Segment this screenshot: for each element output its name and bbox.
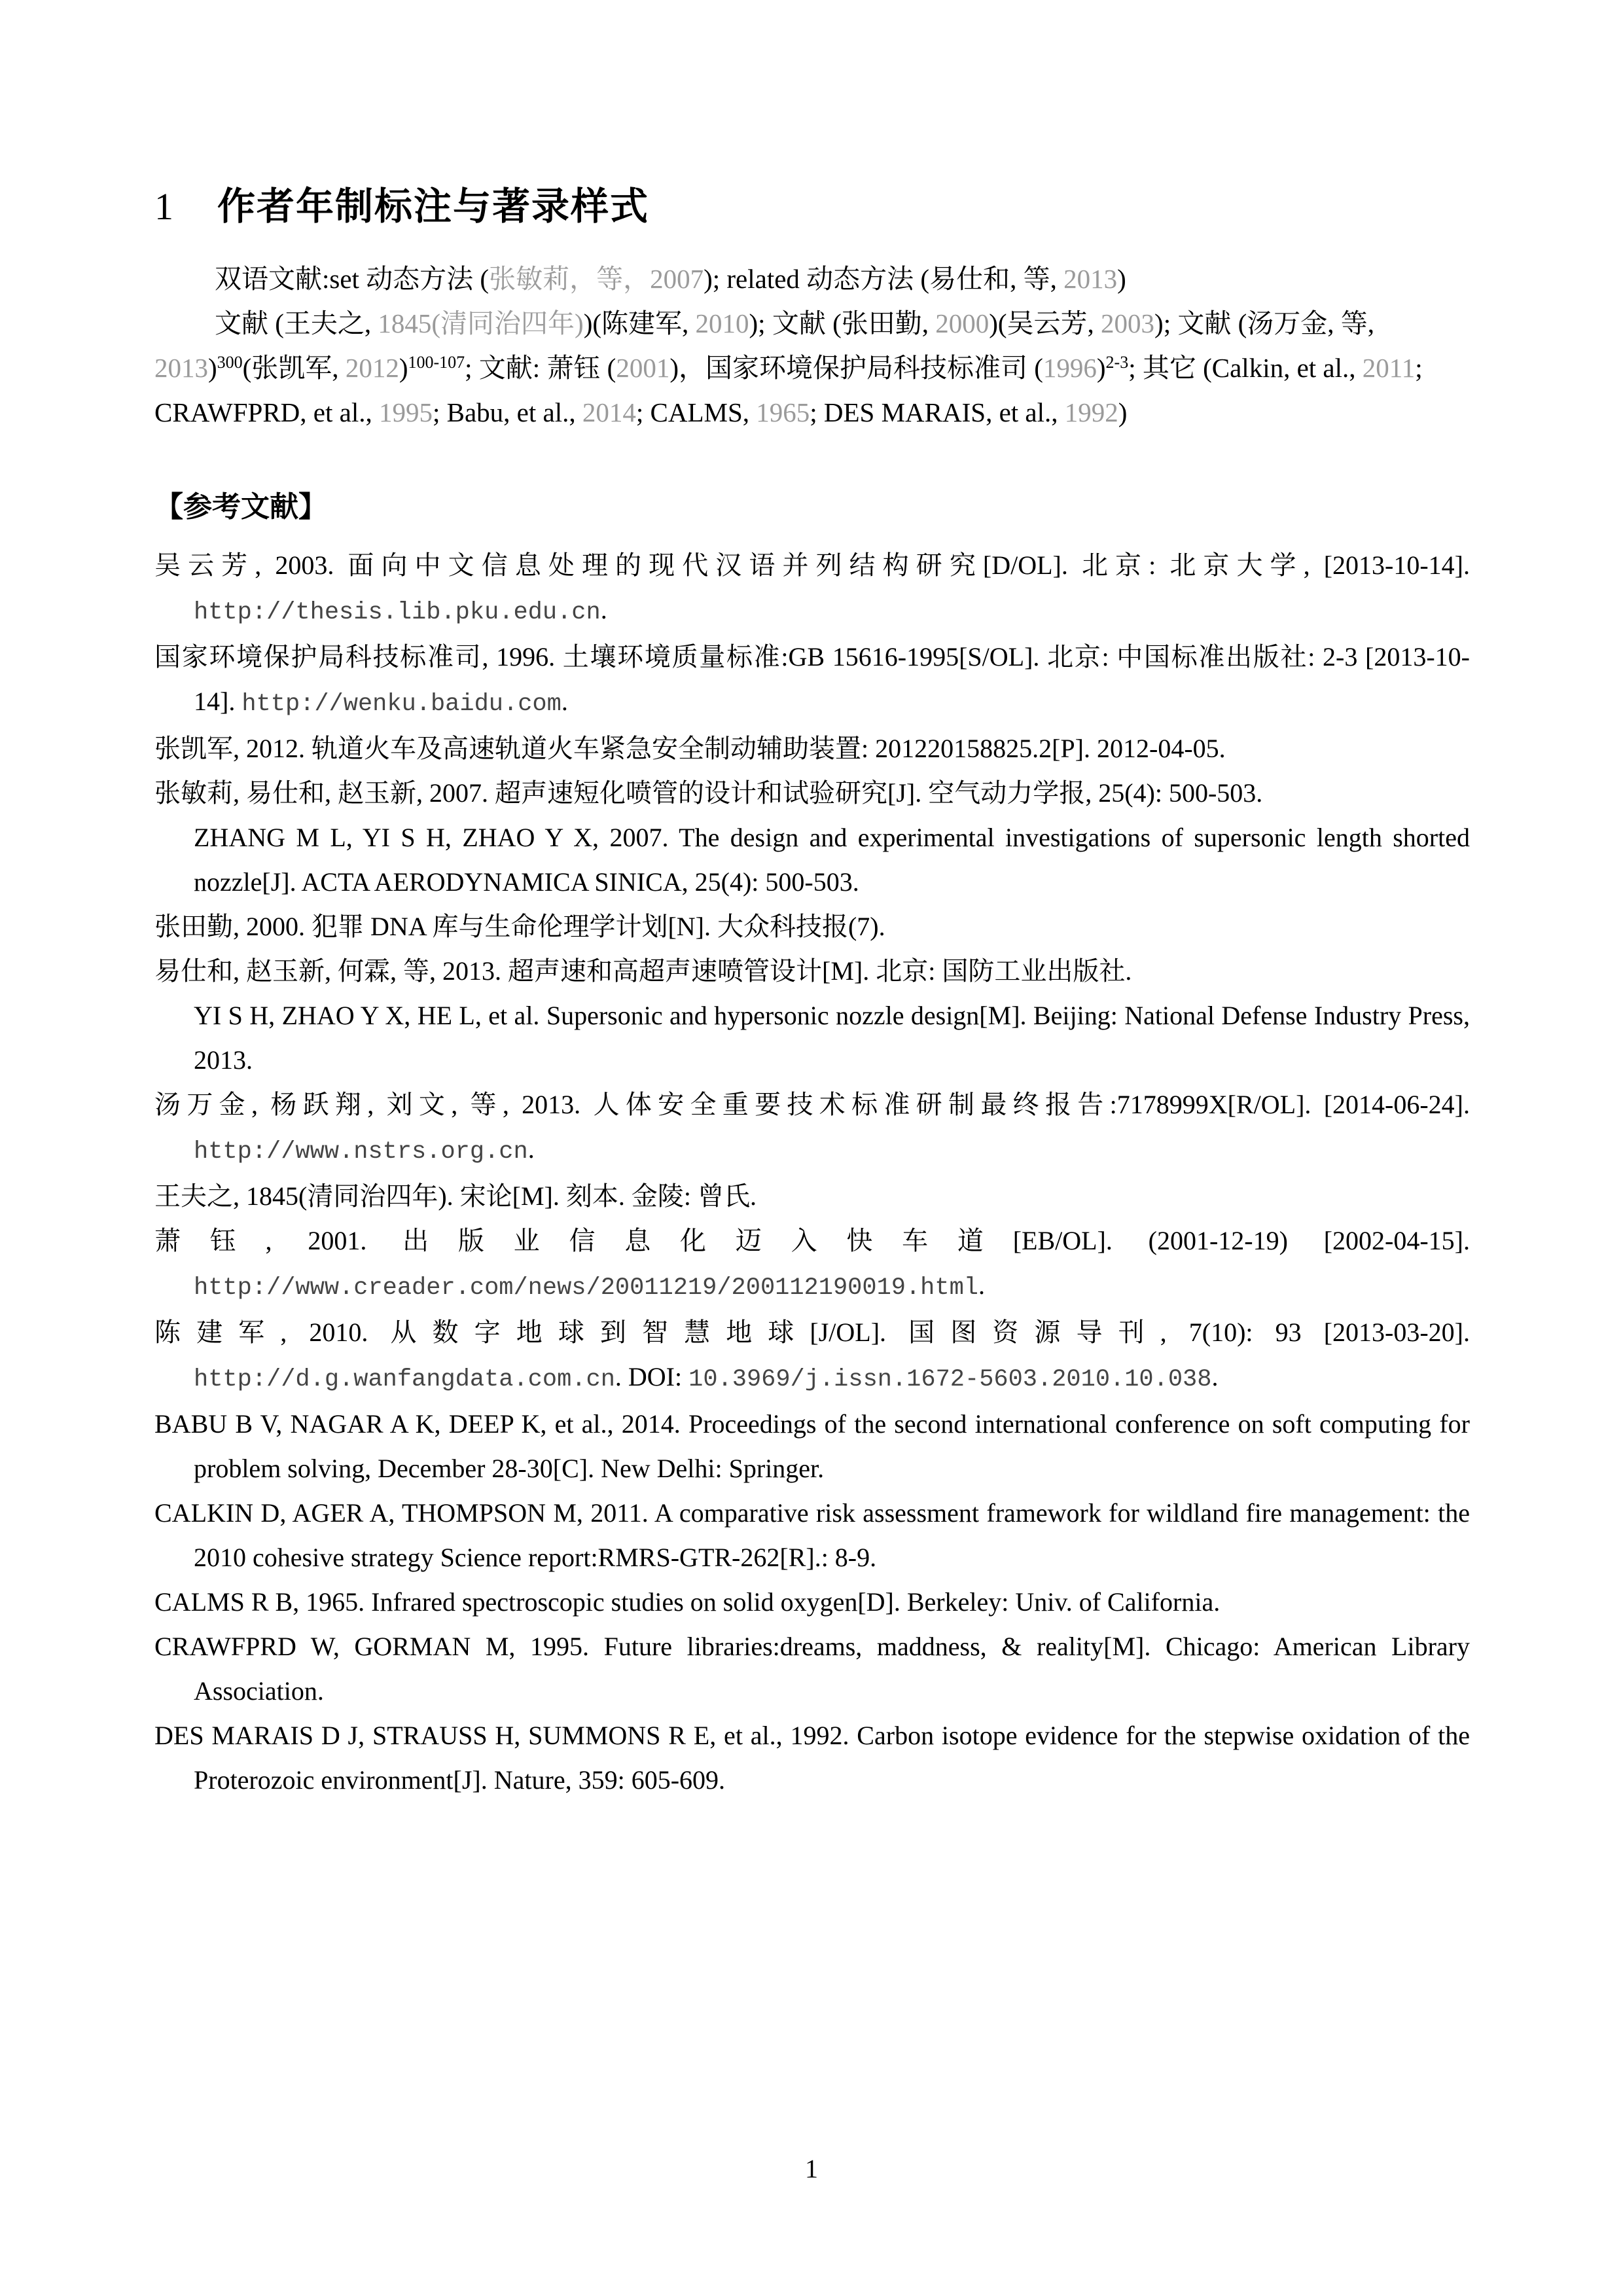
page-superscript: 100-107	[408, 353, 465, 372]
reference-text: .	[978, 1270, 985, 1300]
reference-text: . DOI:	[615, 1362, 688, 1391]
reference-text: BABU B V, NAGAR A K, DEEP K, et al., 201…	[154, 1409, 1470, 1483]
reference-text: YI S H, ZHAO Y X, HE L, et al. Supersoni…	[194, 1001, 1470, 1075]
reference-entry: 张田勤, 2000. 犯罪 DNA 库与生命伦理学计划[N]. 大众科技报(7)…	[154, 905, 1470, 949]
reference-entry: BABU B V, NAGAR A K, DEEP K, et al., 201…	[154, 1402, 1470, 1491]
reference-entry: 张凯军, 2012. 轨道火车及高速轨道火车紧急安全制动辅助装置: 201220…	[154, 726, 1470, 771]
document-page: 1作者年制标注与著录样式 双语文献:set 动态方法 (张敏莉，等，2007);…	[0, 0, 1623, 2296]
text-span: )	[1118, 397, 1128, 427]
text-span: ; DES MARAIS, et al.,	[810, 397, 1065, 427]
text-span: )	[1117, 264, 1126, 294]
reference-entry: CALMS R B, 1965. Infrared spectroscopic …	[154, 1580, 1470, 1624]
text-span: ; 其它 (Calkin, et al.,	[1128, 353, 1363, 383]
section-title-text: 作者年制标注与著录样式	[217, 184, 649, 228]
citation-link[interactable]: 2010	[696, 308, 749, 338]
reference-entry: 易仕和, 赵玉新, 何霖, 等, 2013. 超声速和高超声速喷管设计[M]. …	[154, 949, 1470, 994]
citation-link[interactable]: 2011	[1363, 353, 1415, 383]
reference-text: 萧钰, 2001. 出版业信息化迈入快车道[EB/OL]. (2001-12-1…	[154, 1226, 1470, 1255]
citation-link[interactable]: 2000	[935, 308, 989, 338]
reference-text: CALMS R B, 1965. Infrared spectroscopic …	[154, 1587, 1220, 1617]
text-span: ); related 动态方法 (易仕和, 等,	[704, 264, 1063, 294]
citation-link[interactable]: 2001	[616, 353, 669, 383]
section-number: 1	[154, 185, 217, 228]
citation-link[interactable]: 1965	[756, 397, 810, 427]
text-span: )，国家环境保护局科技标准司 (	[669, 353, 1043, 383]
text-span: ); 文献 (张田勤,	[749, 308, 936, 338]
page-superscript: 2-3	[1106, 353, 1129, 372]
reference-entry: 吴云芳, 2003. 面向中文信息处理的现代汉语并列结构研究[D/OL]. 北京…	[154, 543, 1470, 635]
page-superscript: 300	[217, 353, 243, 372]
reference-entry: 陈建军, 2010. 从数字地球到智慧地球[J/OL]. 国图资源导刊, 7(1…	[154, 1310, 1470, 1402]
reference-url-link[interactable]: http://www.creader.com/news/20011219/200…	[194, 1274, 978, 1302]
text-span: ; Babu, et al.,	[433, 397, 582, 427]
reference-url-link[interactable]: http://d.g.wanfangdata.com.cn	[194, 1366, 615, 1393]
text-span: )(陈建军,	[584, 308, 696, 338]
citation-link[interactable]: 张敏莉，等，2007	[489, 264, 704, 294]
reference-text: 张田勤, 2000. 犯罪 DNA 库与生命伦理学计划[N]. 大众科技报(7)…	[154, 912, 885, 941]
citation-link[interactable]: 2013	[1063, 264, 1117, 294]
page-number: 1	[0, 2153, 1623, 2184]
reference-entry: 张敏莉, 易仕和, 赵玉新, 2007. 超声速短化喷管的设计和试验研究[J].…	[154, 771, 1470, 816]
paragraph-citations: 文献 (王夫之, 1845(清同治四年))(陈建军, 2010); 文献 (张田…	[154, 301, 1470, 435]
reference-text: .	[528, 1134, 535, 1164]
reference-entry: CALKIN D, AGER A, THOMPSON M, 2011. A co…	[154, 1491, 1470, 1580]
citation-link[interactable]: 1996	[1043, 353, 1097, 383]
citation-link[interactable]: 1995	[379, 397, 433, 427]
reference-text: CRAWFPRD W, GORMAN M, 1995. Future libra…	[154, 1632, 1470, 1706]
citation-link[interactable]: 2013	[154, 353, 208, 383]
citation-link[interactable]: 2003	[1101, 308, 1154, 338]
reference-text: .	[601, 595, 607, 624]
paragraph-bilingual-citation: 双语文献:set 动态方法 (张敏莉，等，2007); related 动态方法…	[154, 257, 1470, 301]
references-heading: 【参考文献】	[154, 483, 327, 525]
reference-entry: 国家环境保护局科技标准司, 1996. 土壤环境质量标准:GB 15616-19…	[154, 635, 1470, 726]
reference-url-link[interactable]: http://thesis.lib.pku.edu.cn	[194, 599, 601, 626]
text-span: ); 文献 (汤万金, 等,	[1154, 308, 1374, 338]
citation-link[interactable]: 2014	[582, 397, 636, 427]
reference-entry: DES MARAIS D J, STRAUSS H, SUMMONS R E, …	[154, 1713, 1470, 1803]
reference-text: ZHANG M L, YI S H, ZHAO Y X, 2007. The d…	[194, 823, 1470, 897]
text-span: )	[208, 353, 217, 383]
text-span: 双语文献:set 动态方法 (	[215, 264, 489, 294]
reference-entry: CRAWFPRD W, GORMAN M, 1995. Future libra…	[154, 1624, 1470, 1713]
reference-text: 吴云芳, 2003. 面向中文信息处理的现代汉语并列结构研究[D/OL]. 北京…	[154, 550, 1470, 580]
reference-url-link[interactable]: http://wenku.baidu.com	[241, 691, 561, 718]
text-span: (张凯军,	[243, 353, 346, 383]
reference-translation: YI S H, ZHAO Y X, HE L, et al. Supersoni…	[154, 994, 1470, 1083]
reference-entry: 王夫之, 1845(清同治四年). 宋论[M]. 刻本. 金陵: 曾氏.	[154, 1174, 1470, 1219]
reference-entry: 汤万金, 杨跃翔, 刘文, 等, 2013. 人体安全重要技术标准研制最终报告:…	[154, 1083, 1470, 1174]
text-span: )	[1097, 353, 1106, 383]
reference-text: DES MARAIS D J, STRAUSS H, SUMMONS R E, …	[154, 1721, 1470, 1795]
reference-text: 张凯军, 2012. 轨道火车及高速轨道火车紧急安全制动辅助装置: 201220…	[154, 734, 1226, 763]
citation-link[interactable]: 1992	[1065, 397, 1118, 427]
citation-link[interactable]: 2012	[346, 353, 399, 383]
reference-text: CALKIN D, AGER A, THOMPSON M, 2011. A co…	[154, 1498, 1470, 1572]
text-span: )	[399, 353, 408, 383]
reference-text: 陈建军, 2010. 从数字地球到智慧地球[J/OL]. 国图资源导刊, 7(1…	[154, 1318, 1470, 1347]
reference-translation: ZHANG M L, YI S H, ZHAO Y X, 2007. The d…	[154, 816, 1470, 905]
text-span: 文献 (王夫之,	[215, 308, 378, 338]
reference-text: 汤万金, 杨跃翔, 刘文, 等, 2013. 人体安全重要技术标准研制最终报告:…	[154, 1090, 1470, 1119]
reference-doi-link[interactable]: 10.3969/j.issn.1672-5603.2010.10.038	[688, 1366, 1211, 1393]
reference-text: 张敏莉, 易仕和, 赵玉新, 2007. 超声速短化喷管的设计和试验研究[J].…	[154, 778, 1262, 808]
reference-text: 王夫之, 1845(清同治四年). 宋论[M]. 刻本. 金陵: 曾氏.	[154, 1181, 757, 1211]
citation-link[interactable]: 1845(清同治四年)	[378, 308, 583, 338]
text-span: ; 文献: 萧钰 (	[465, 353, 616, 383]
text-span: ; CALMS,	[636, 397, 756, 427]
reference-list: 吴云芳, 2003. 面向中文信息处理的现代汉语并列结构研究[D/OL]. 北京…	[154, 543, 1470, 1803]
text-span: )(吴云芳,	[989, 308, 1101, 338]
reference-text: 易仕和, 赵玉新, 何霖, 等, 2013. 超声速和高超声速喷管设计[M]. …	[154, 956, 1132, 986]
reference-entry: 萧钰, 2001. 出版业信息化迈入快车道[EB/OL]. (2001-12-1…	[154, 1219, 1470, 1310]
reference-url-link[interactable]: http://www.nstrs.org.cn	[194, 1138, 528, 1166]
section-heading: 1作者年制标注与著录样式	[154, 175, 649, 230]
reference-text: .	[1211, 1362, 1218, 1391]
reference-text: .	[562, 687, 568, 716]
